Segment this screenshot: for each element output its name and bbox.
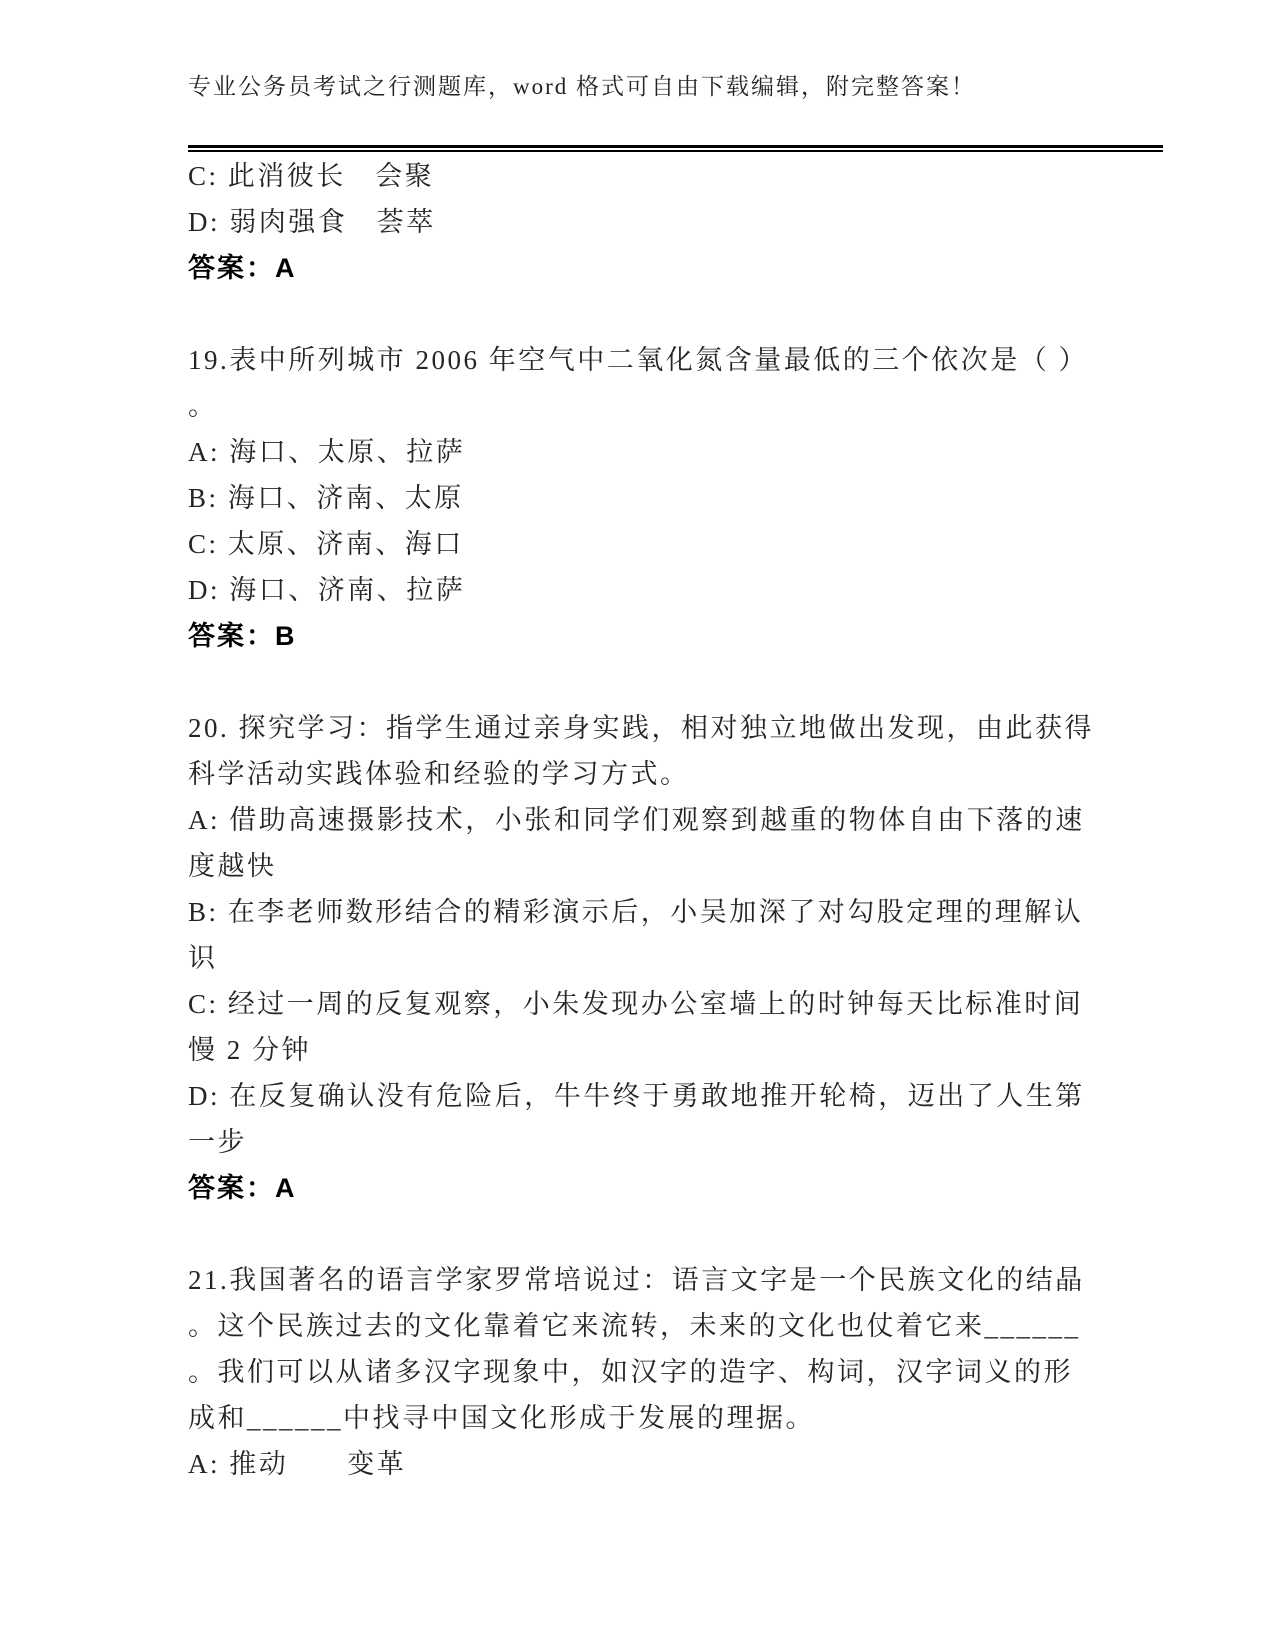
option-block: B: 海口、济南、太原 xyxy=(188,475,1228,521)
question-block: 21.我国著名的语言学家罗常培说过：语言文字是一个民族文化的结晶。这个民族过去的… xyxy=(188,1257,1228,1441)
option-line: A: 海口、太原、拉萨 xyxy=(188,429,1228,475)
option-block: D: 弱肉强食 荟萃 xyxy=(188,199,1228,245)
option-line: 一步 xyxy=(188,1119,1228,1165)
question-line: 19.表中所列城市 2006 年空气中二氧化氮含量最低的三个依次是（ ） xyxy=(188,337,1228,383)
option-line: A: 推动 变革 xyxy=(188,1441,1228,1487)
option-line: D: 弱肉强食 荟萃 xyxy=(188,199,1228,245)
option-block: A: 借助高速摄影技术，小张和同学们观察到越重的物体自由下落的速度越快 xyxy=(188,797,1228,889)
option-block: A: 海口、太原、拉萨 xyxy=(188,429,1228,475)
question-line: 。这个民族过去的文化靠着它来流转，未来的文化也仗着它来______ xyxy=(188,1303,1228,1349)
option-line: C: 经过一周的反复观察，小朱发现办公室墙上的时钟每天比标准时间 xyxy=(188,981,1228,1027)
answer-line: 答案：A xyxy=(188,245,1228,291)
question-block: 19.表中所列城市 2006 年空气中二氧化氮含量最低的三个依次是（ ）。 xyxy=(188,337,1228,429)
question-block: 20. 探究学习：指学生通过亲身实践，相对独立地做出发现，由此获得科学活动实践体… xyxy=(188,705,1228,797)
option-line: C: 此消彼长 会聚 xyxy=(188,153,1228,199)
option-line: A: 借助高速摄影技术，小张和同学们观察到越重的物体自由下落的速 xyxy=(188,797,1228,843)
option-block: D: 海口、济南、拉萨 xyxy=(188,567,1228,613)
header-divider xyxy=(188,145,1163,152)
answer-line: 答案：B xyxy=(188,613,1228,659)
option-line: 慢 2 分钟 xyxy=(188,1027,1228,1073)
document-body: C: 此消彼长 会聚D: 弱肉强食 荟萃答案：A19.表中所列城市 2006 年… xyxy=(188,153,1228,1487)
option-line: B: 海口、济南、太原 xyxy=(188,475,1228,521)
option-block: B: 在李老师数形结合的精彩演示后，小吴加深了对勾股定理的理解认识 xyxy=(188,889,1228,981)
option-line: D: 海口、济南、拉萨 xyxy=(188,567,1228,613)
answer-block: 答案：B xyxy=(188,613,1228,659)
option-block: D: 在反复确认没有危险后，牛牛终于勇敢地推开轮椅，迈出了人生第一步 xyxy=(188,1073,1228,1165)
option-line: 度越快 xyxy=(188,843,1228,889)
question-line: 科学活动实践体验和经验的学习方式。 xyxy=(188,751,1228,797)
question-line: 。 xyxy=(188,383,1228,429)
option-line: B: 在李老师数形结合的精彩演示后，小吴加深了对勾股定理的理解认 xyxy=(188,889,1228,935)
question-line: 成和______中找寻中国文化形成于发展的理据。 xyxy=(188,1395,1228,1441)
option-line: D: 在反复确认没有危险后，牛牛终于勇敢地推开轮椅，迈出了人生第 xyxy=(188,1073,1228,1119)
document-page: 专业公务员考试之行测题库，word 格式可自由下载编辑，附完整答案！ C: 此消… xyxy=(0,0,1275,1650)
question-line: 21.我国著名的语言学家罗常培说过：语言文字是一个民族文化的结晶 xyxy=(188,1257,1228,1303)
option-line: 识 xyxy=(188,935,1228,981)
answer-block: 答案：A xyxy=(188,245,1228,291)
option-block: C: 此消彼长 会聚 xyxy=(188,153,1228,199)
option-line: C: 太原、济南、海口 xyxy=(188,521,1228,567)
answer-block: 答案：A xyxy=(188,1165,1228,1211)
document-header-title: 专业公务员考试之行测题库，word 格式可自由下载编辑，附完整答案！ xyxy=(188,72,1178,102)
question-line: 。我们可以从诸多汉字现象中，如汉字的造字、构词，汉字词义的形 xyxy=(188,1349,1228,1395)
question-line: 20. 探究学习：指学生通过亲身实践，相对独立地做出发现，由此获得 xyxy=(188,705,1228,751)
answer-line: 答案：A xyxy=(188,1165,1228,1211)
option-block: C: 太原、济南、海口 xyxy=(188,521,1228,567)
option-block: C: 经过一周的反复观察，小朱发现办公室墙上的时钟每天比标准时间慢 2 分钟 xyxy=(188,981,1228,1073)
option-block: A: 推动 变革 xyxy=(188,1441,1228,1487)
